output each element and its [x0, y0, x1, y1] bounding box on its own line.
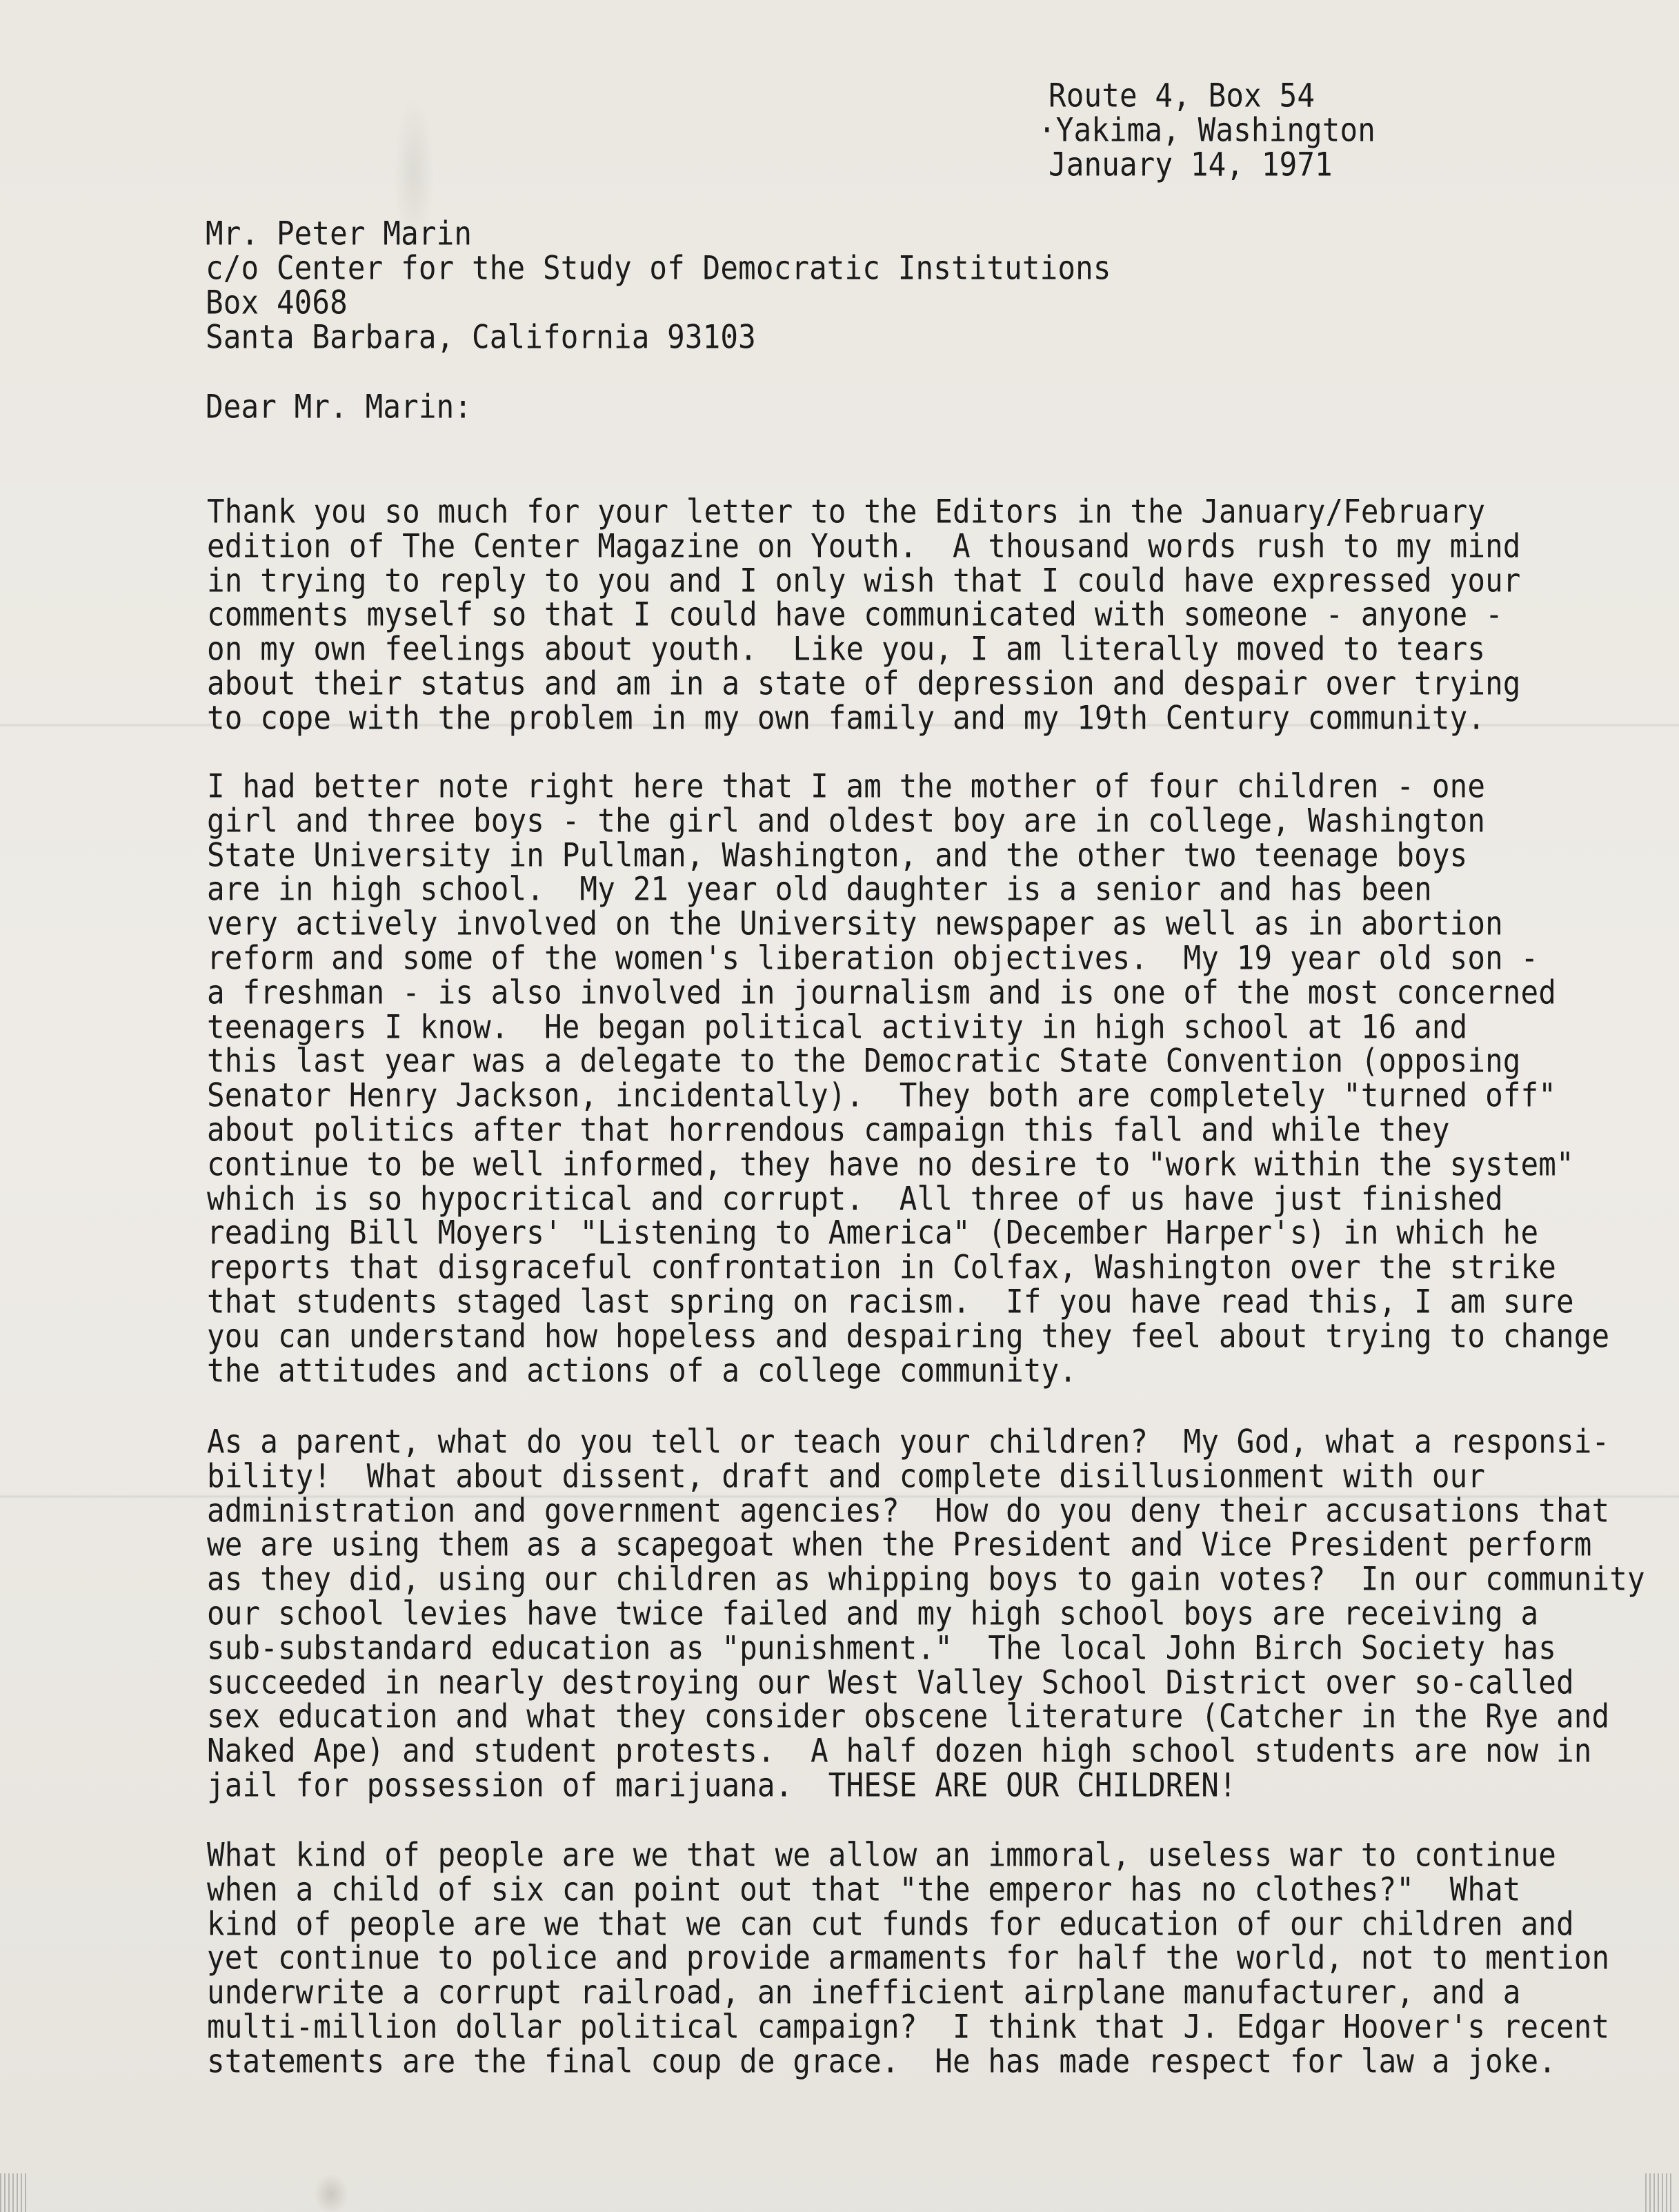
text-line: as they did, using our children as whipp… [207, 1561, 1645, 1599]
paper-edge-mark [0, 2173, 28, 2212]
text-line: State University in Pullman, Washington,… [207, 837, 1467, 876]
text-line: girl and three boys - the girl and oldes… [207, 802, 1485, 841]
text-line: reports that disgraceful confrontation i… [207, 1249, 1556, 1287]
text-line: on my own feelings about youth. Like you… [207, 631, 1485, 669]
text-line: yet continue to police and provide armam… [207, 1939, 1609, 1978]
text-line: As a parent, what do you tell or teach y… [207, 1423, 1609, 1462]
text-line: which is so hypocritical and corrupt. Al… [207, 1181, 1503, 1219]
text-line: a freshman - is also involved in journal… [207, 974, 1556, 1013]
text-line: bility! What about dissent, draft and co… [207, 1458, 1485, 1497]
text-line: sub-substandard education as "punishment… [207, 1630, 1556, 1668]
text-line: reading Bill Moyers' "Listening to Ameri… [207, 1214, 1538, 1253]
text-line: when a child of six can point out that "… [207, 1871, 1521, 1910]
text-line: edition of The Center Magazine on Youth.… [207, 528, 1521, 566]
text-line: I had better note right here that I am t… [207, 768, 1485, 807]
text-line: reform and some of the women's liberatio… [207, 940, 1538, 978]
sender-street: Route 4, Box 54 [1049, 77, 1315, 116]
sender-city: ·Yakima, Washington [1038, 112, 1375, 150]
text-line: you can understand how hopeless and desp… [207, 1318, 1609, 1356]
text-line: Thank you so much for your letter to the… [207, 493, 1485, 532]
text-line: underwrite a corrupt railroad, an ineffi… [207, 1974, 1521, 2013]
paper-edge-mark [1645, 2173, 1673, 2212]
text-line: are in high school. My 21 year old daugh… [207, 871, 1432, 909]
text-line: Naked Ape) and student protests. A half … [207, 1732, 1592, 1771]
text-line: continue to be well informed, they have … [207, 1146, 1574, 1185]
text-line: to cope with the problem in my own famil… [207, 700, 1485, 738]
text-line: Senator Henry Jackson, incidentally). Th… [207, 1077, 1556, 1116]
text-line: our school levies have twice failed and … [207, 1595, 1538, 1634]
text-line: administration and government agencies? … [207, 1492, 1609, 1531]
text-line: kind of people are we that we can cut fu… [207, 1906, 1574, 1944]
text-line: teenagers I know. He began political act… [207, 1009, 1467, 1047]
recipient-box: Box 4068 [206, 284, 348, 323]
letter-date: January 14, 1971 [1049, 146, 1333, 185]
text-line: succeeded in nearly destroying our West … [207, 1664, 1574, 1703]
text-line: sex education and what they consider obs… [207, 1698, 1609, 1737]
text-line: in trying to reply to you and I only wis… [207, 562, 1521, 601]
text-line: that students staged last spring on raci… [207, 1283, 1574, 1322]
text-line: the attitudes and actions of a college c… [207, 1352, 1077, 1391]
recipient-name: Mr. Peter Marin [206, 215, 472, 254]
salutation: Dear Mr. Marin: [206, 388, 472, 427]
recipient-organization: c/o Center for the Study of Democratic I… [206, 250, 1111, 288]
text-line: this last year was a delegate to the Dem… [207, 1043, 1521, 1081]
text-line: jail for possession of marijuana. THESE … [207, 1767, 1237, 1806]
text-line: about politics after that horrendous cam… [207, 1112, 1450, 1150]
text-line: about their status and am in a state of … [207, 665, 1521, 704]
recipient-city: Santa Barbara, California 93103 [206, 319, 756, 357]
text-line: very actively involved on the University… [207, 905, 1503, 944]
text-line: we are using them as a scapegoat when th… [207, 1526, 1592, 1565]
paper-smudge [314, 2173, 348, 2212]
text-line: comments myself so that I could have com… [207, 596, 1503, 635]
text-line: multi-million dollar political campaign?… [207, 2008, 1609, 2047]
text-line: statements are the final coup de grace. … [207, 2043, 1556, 2082]
text-line: What kind of people are we that we allow… [207, 1837, 1556, 1875]
